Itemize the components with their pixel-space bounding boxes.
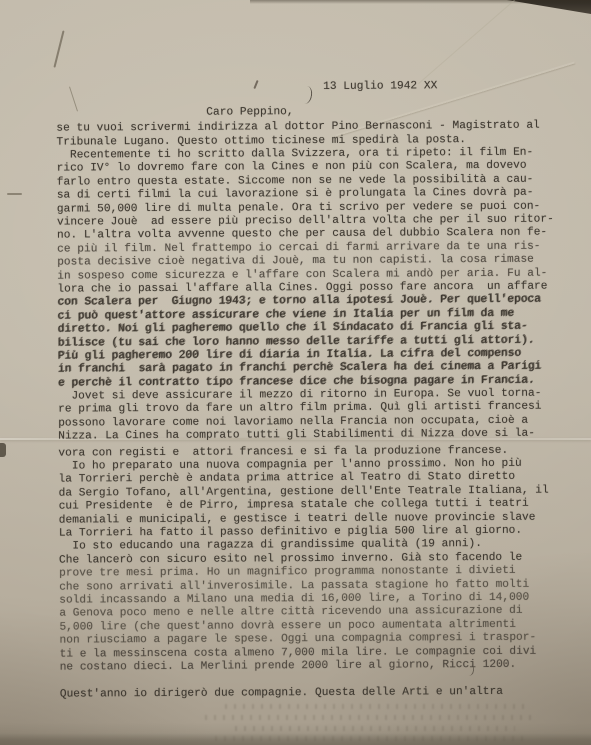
bleed-through-typing xyxy=(205,715,535,720)
crease-dash xyxy=(7,193,22,195)
paper-top-edge-shadow xyxy=(250,0,591,4)
bleed-through-typing xyxy=(235,726,515,731)
letter-line: Nizza. La Cines ha comprato tutti gli St… xyxy=(58,428,578,445)
letter-salutation: Caro Peppino, xyxy=(206,105,576,121)
bleed-through-typing xyxy=(225,704,525,709)
letter-date: 13 Luglio 1942 XX xyxy=(323,79,576,94)
letter-line: Quest'anno io dirigerò due compagnie. Qu… xyxy=(60,686,580,703)
letter-paragraph: vora con registi e attori francesi e si … xyxy=(58,444,579,675)
letter-paragraph: Quest'anno io dirigerò due compagnie. Qu… xyxy=(60,686,580,703)
letter-line: ne costano dieci. La Merlini prende 2000… xyxy=(60,658,580,675)
letter-text: 13 Luglio 1942 XX Caro Peppino, se tu vu… xyxy=(56,79,580,702)
diagonal-crease xyxy=(418,0,532,84)
typewritten-letter-photo: 13 Luglio 1942 XX Caro Peppino, se tu vu… xyxy=(0,0,591,745)
letter-paragraph: se tu vuoi scrivermi indirizza al dottor… xyxy=(56,120,578,445)
left-edge-blot xyxy=(0,443,6,457)
scratch-mark xyxy=(53,30,64,67)
paper-bottom-edge-shadow xyxy=(0,733,591,745)
